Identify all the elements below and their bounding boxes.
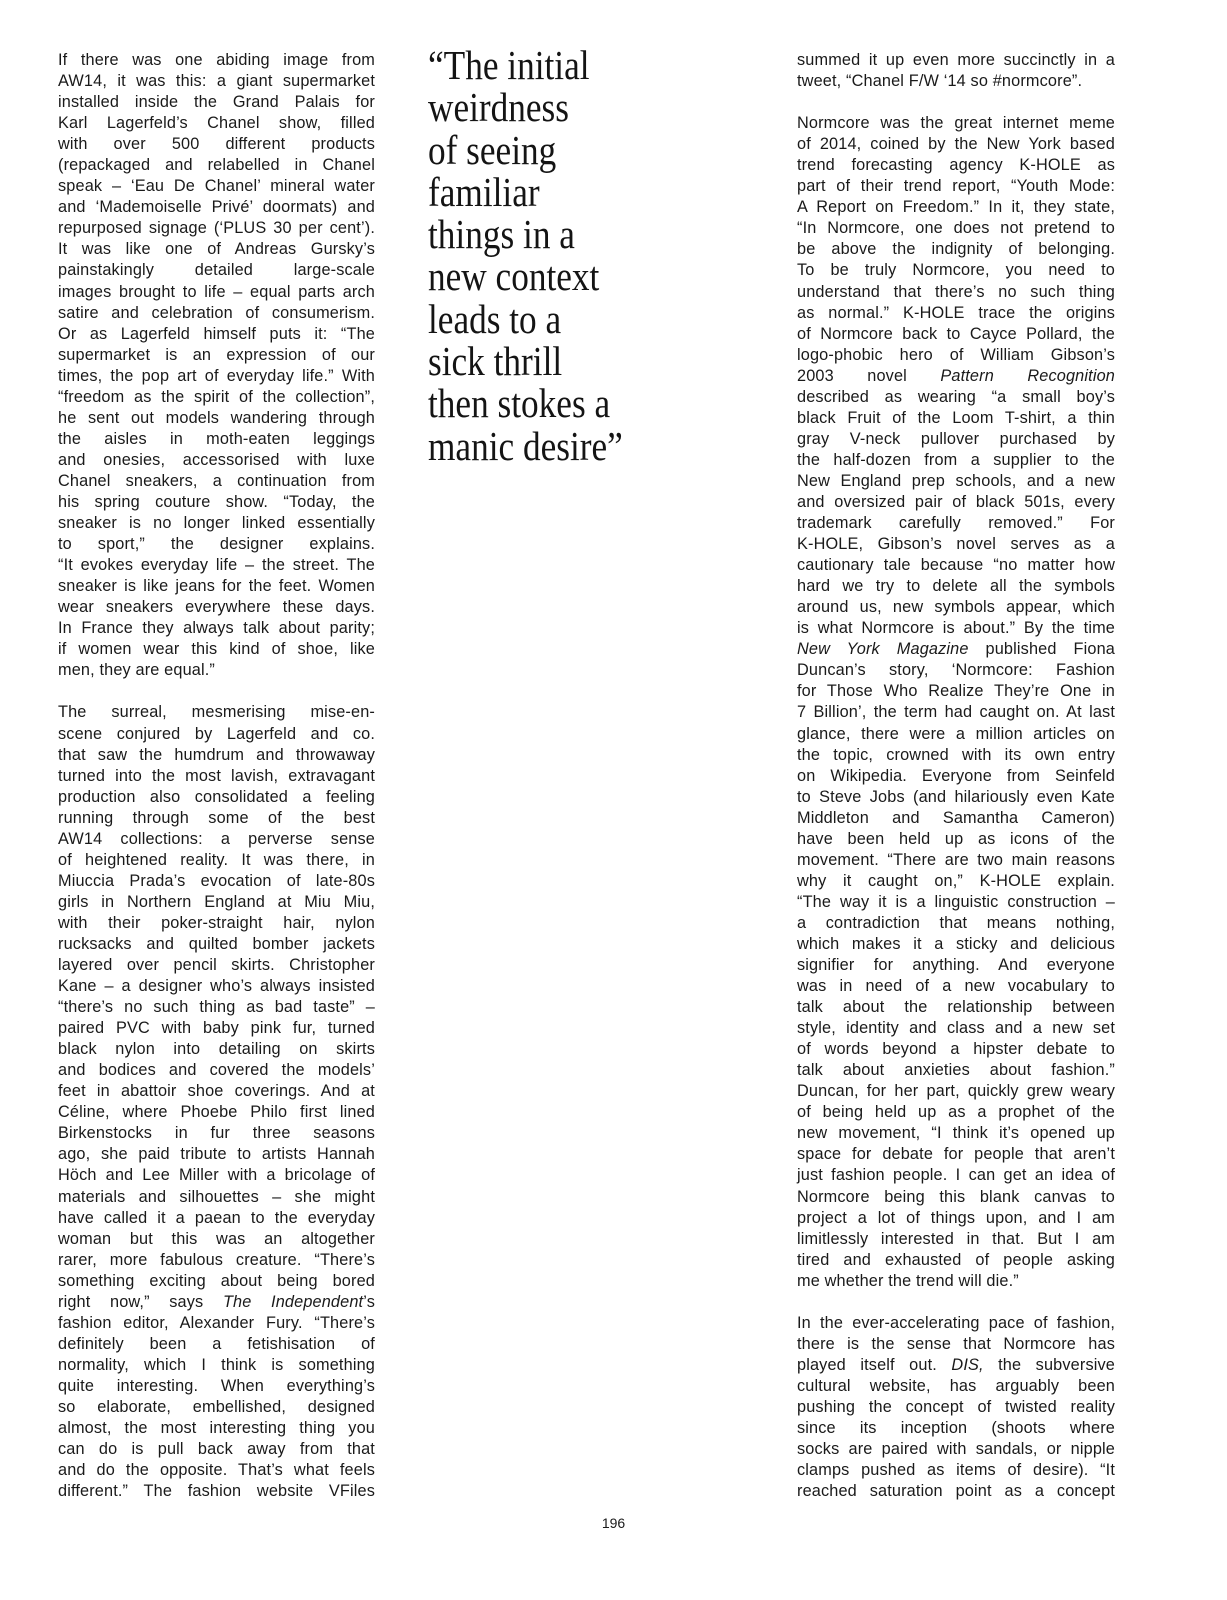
body-text-line: for Those Who Realize They’re One in — [797, 681, 1115, 702]
body-text-line: repurposed signage (‘PLUS 30 per cent’). — [58, 218, 375, 239]
body-text-line: almost, the most interesting thing you — [58, 1418, 375, 1439]
body-text-line: which makes it a sticky and delicious — [797, 934, 1115, 955]
body-text-line: “there’s no such thing as bad taste” – — [58, 997, 375, 1018]
body-text-line: girls in Northern England at Miu Miu, — [58, 892, 375, 913]
body-text-line: of Normcore back to Cayce Pollard, the — [797, 324, 1115, 345]
body-text-line: signifier for anything. And everyone — [797, 955, 1115, 976]
body-text-line: different.” The fashion website VFiles — [58, 1481, 375, 1502]
body-text-line: images brought to life – equal parts arc… — [58, 282, 375, 303]
body-text-line: to sport,” the designer explains. — [58, 534, 375, 555]
body-text-line: tweet, “Chanel F/W ‘14 so #normcore”. — [797, 71, 1115, 92]
body-text-line: played itself out. DIS, the subversive — [797, 1355, 1115, 1376]
paragraph-gap — [797, 1292, 1115, 1313]
body-text-line: supermarket is an expression of our — [58, 345, 375, 366]
body-text-line: To be truly Normcore, you need to — [797, 260, 1115, 281]
body-text-line: right now,” says The Independent’s — [58, 1292, 375, 1313]
body-text-line: if women wear this kind of shoe, like — [58, 639, 375, 660]
body-text-line: of 2014, coined by the New York based — [797, 134, 1115, 155]
body-text-line: just fashion people. I can get an idea o… — [797, 1165, 1115, 1186]
body-text-line: A Report on Freedom.” In it, they state, — [797, 197, 1115, 218]
body-text-line: space for debate for people that aren’t — [797, 1144, 1115, 1165]
body-text-line: be above the indignity of belonging. — [797, 239, 1115, 260]
body-text-line: cautionary tale because “no matter how — [797, 555, 1115, 576]
body-text-line: of being held up as a prophet of the — [797, 1102, 1115, 1123]
body-text-line: on Wikipedia. Everyone from Seinfeld — [797, 766, 1115, 787]
magazine-page: If there was one abiding image fromAW14,… — [0, 0, 1227, 1600]
paragraph-gap — [58, 681, 375, 702]
body-paragraph: Normcore was the great internet memeof 2… — [797, 113, 1115, 1292]
body-text-line: something exciting about being bored — [58, 1271, 375, 1292]
body-text-line: and do the opposite. That’s what feels — [58, 1460, 375, 1481]
body-text-line: and ‘Mademoiselle Privé’ doormats) and — [58, 197, 375, 218]
body-text-line: since its inception (shoots where — [797, 1418, 1115, 1439]
body-text-line: reached saturation point as a concept — [797, 1481, 1115, 1502]
body-text-line: have called it a paean to the everyday — [58, 1208, 375, 1229]
body-text-line: described as wearing “a small boy’s — [797, 387, 1115, 408]
body-text-line: summed it up even more succinctly in a — [797, 50, 1115, 71]
body-text-line: (repackaged and relabelled in Chanel — [58, 155, 375, 176]
body-text-line: there is the sense that Normcore has — [797, 1334, 1115, 1355]
pull-quote-line: leads to a — [428, 298, 634, 340]
body-text-line: installed inside the Grand Palais for — [58, 92, 375, 113]
pull-quote-line: things in a — [428, 213, 634, 255]
body-text-line: around us, new symbols appear, which — [797, 597, 1115, 618]
right-body-column: summed it up even more succinctly in atw… — [797, 50, 1115, 1502]
body-text-line: movement. “There are two main reasons — [797, 850, 1115, 871]
body-text-line: his spring couture show. “Today, the — [58, 492, 375, 513]
body-text-line: men, they are equal.” — [58, 660, 375, 681]
body-text-line: sneaker is no longer linked essentially — [58, 513, 375, 534]
body-text-line: the half-dozen from a supplier to the — [797, 450, 1115, 471]
body-text-line: running through some of the best — [58, 808, 375, 829]
body-text-line: production also consolidated a feeling — [58, 787, 375, 808]
body-text-line: 7 Billion’, the term had caught on. At l… — [797, 702, 1115, 723]
body-text-line: black Fruit of the Loom T-shirt, a thin — [797, 408, 1115, 429]
body-text-line: “It evokes everyday life – the street. T… — [58, 555, 375, 576]
body-text-line: gray V-neck pullover purchased by — [797, 429, 1115, 450]
body-text-line: was in need of a new vocabulary to — [797, 976, 1115, 997]
body-text-line: new movement, “I think it’s opened up — [797, 1123, 1115, 1144]
body-text-line: and oversized pair of black 501s, every — [797, 492, 1115, 513]
pull-quote: “The initialweirdnessof seeingfamiliarth… — [428, 44, 634, 467]
body-text-line: Birkenstocks in fur three seasons — [58, 1123, 375, 1144]
body-text-line: normality, which I think is something — [58, 1355, 375, 1376]
body-text-line: trademark carefully removed.” For — [797, 513, 1115, 534]
body-text-line: Duncan, for her part, quickly grew weary — [797, 1081, 1115, 1102]
body-text-line: If there was one abiding image from — [58, 50, 375, 71]
body-text-line: Normcore being this blank canvas to — [797, 1187, 1115, 1208]
body-text-line: Or as Lagerfeld himself puts it: “The — [58, 324, 375, 345]
body-text-line: Miuccia Prada’s evocation of late-80s — [58, 871, 375, 892]
body-text-line: K-HOLE, Gibson’s novel serves as a — [797, 534, 1115, 555]
body-text-line: wear sneakers everywhere these days. — [58, 597, 375, 618]
body-text-line: ago, she paid tribute to artists Hannah — [58, 1144, 375, 1165]
body-text-line: New England prep schools, and a new — [797, 471, 1115, 492]
body-text-line: talk about the relationship between — [797, 997, 1115, 1018]
body-text-line: trend forecasting agency K-HOLE as — [797, 155, 1115, 176]
body-text-line: Karl Lagerfeld’s Chanel show, filled — [58, 113, 375, 134]
body-text-line: AW14 collections: a perverse sense — [58, 829, 375, 850]
body-text-line: logo-phobic hero of William Gibson’s — [797, 345, 1115, 366]
body-text-line: of heightened reality. It was there, in — [58, 850, 375, 871]
body-text-line: limitlessly interested in that. But I am — [797, 1229, 1115, 1250]
body-text-line: scene conjured by Lagerfeld and co. — [58, 724, 375, 745]
body-text-line: fashion editor, Alexander Fury. “There’s — [58, 1313, 375, 1334]
pull-quote-line: weirdness — [428, 86, 634, 128]
body-text-line: Duncan’s story, ‘Normcore: Fashion — [797, 660, 1115, 681]
body-text-line: he sent out models wandering through — [58, 408, 375, 429]
body-text-line: painstakingly detailed large-scale — [58, 260, 375, 281]
body-text-line: to Steve Jobs (and hilariously even Kate — [797, 787, 1115, 808]
body-text-line: part of their trend report, “Youth Mode: — [797, 176, 1115, 197]
body-text-line: talk about anxieties about fashion.” — [797, 1060, 1115, 1081]
body-text-line: rucksacks and quilted bomber jackets — [58, 934, 375, 955]
body-text-line: style, identity and class and a new set — [797, 1018, 1115, 1039]
pull-quote-line: familiar — [428, 171, 634, 213]
body-text-line: project a lot of things upon, and I am — [797, 1208, 1115, 1229]
pull-quote-line: manic desire” — [428, 425, 634, 467]
body-text-line: sneaker is like jeans for the feet. Wome… — [58, 576, 375, 597]
body-text-line: satire and celebration of consumerism. — [58, 303, 375, 324]
body-text-line: Höch and Lee Miller with a bricolage of — [58, 1165, 375, 1186]
body-text-line: and onesies, accessorised with luxe — [58, 450, 375, 471]
body-text-line: woman but this was an altogether — [58, 1229, 375, 1250]
body-text-line: so elaborate, embellished, designed — [58, 1397, 375, 1418]
body-text-line: socks are paired with sandals, or nipple — [797, 1439, 1115, 1460]
body-text-line: Normcore was the great internet meme — [797, 113, 1115, 134]
body-text-line: layered over pencil skirts. Christopher — [58, 955, 375, 976]
body-text-line: turned into the most lavish, extravagant — [58, 766, 375, 787]
body-text-line: of words beyond a hipster debate to — [797, 1039, 1115, 1060]
body-text-line: that saw the humdrum and throwaway — [58, 745, 375, 766]
body-text-line: hard we try to delete all the symbols — [797, 576, 1115, 597]
body-text-line: and bodices and covered the models’ — [58, 1060, 375, 1081]
body-text-line: It was like one of Andreas Gursky’s — [58, 239, 375, 260]
body-text-line: black nylon into detailing on skirts — [58, 1039, 375, 1060]
body-text-line: me whether the trend will die.” — [797, 1271, 1115, 1292]
body-text-line: times, the pop art of everyday life.” Wi… — [58, 366, 375, 387]
pull-quote-line: then stokes a — [428, 382, 634, 424]
body-text-line: AW14, it was this: a giant supermarket — [58, 71, 375, 92]
body-text-line: In France they always talk about parity; — [58, 618, 375, 639]
body-text-line: the topic, crowned with its own entry — [797, 745, 1115, 766]
body-text-line: understand that there’s no such thing — [797, 282, 1115, 303]
pull-quote-line: of seeing — [428, 129, 634, 171]
body-text-line: The surreal, mesmerising mise-en- — [58, 702, 375, 723]
body-text-line: rarer, more fabulous creature. “There’s — [58, 1250, 375, 1271]
body-text-line: materials and silhouettes – she might — [58, 1187, 375, 1208]
body-text-line: feet in abattoir shoe coverings. And at — [58, 1081, 375, 1102]
body-text-line: “In Normcore, one does not pretend to — [797, 218, 1115, 239]
body-text-line: can do is pull back away from that — [58, 1439, 375, 1460]
body-text-line: pushing the concept of twisted reality — [797, 1397, 1115, 1418]
body-text-line: speak – ‘Eau De Chanel’ mineral water — [58, 176, 375, 197]
body-text-line: “freedom as the spirit of the collection… — [58, 387, 375, 408]
body-text-line: “The way it is a linguistic construction… — [797, 892, 1115, 913]
body-paragraph: summed it up even more succinctly in atw… — [797, 50, 1115, 92]
body-text-line: glance, there were a million articles on — [797, 724, 1115, 745]
body-text-line: clamps pushed as items of desire). “It — [797, 1460, 1115, 1481]
page-number: 196 — [0, 1515, 1227, 1531]
pull-quote-line: new context — [428, 255, 634, 297]
pull-quote-line: sick thrill — [428, 340, 634, 382]
pull-quote-line: “The initial — [428, 44, 634, 86]
body-paragraph: In the ever-accelerating pace of fashion… — [797, 1313, 1115, 1502]
body-text-line: quite interesting. When everything’s — [58, 1376, 375, 1397]
body-text-line: In the ever-accelerating pace of fashion… — [797, 1313, 1115, 1334]
body-text-line: have been held up as icons of the — [797, 829, 1115, 850]
body-text-line: Céline, where Phoebe Philo first lined — [58, 1102, 375, 1123]
body-text-line: Kane – a designer who’s always insisted — [58, 976, 375, 997]
body-text-line: the aisles in moth-eaten leggings — [58, 429, 375, 450]
body-text-line: definitely been a fetishisation of — [58, 1334, 375, 1355]
body-text-line: paired PVC with baby pink fur, turned — [58, 1018, 375, 1039]
body-text-line: 2003 novel Pattern Recognition — [797, 366, 1115, 387]
body-text-line: New York Magazine published Fiona — [797, 639, 1115, 660]
body-text-line: Chanel sneakers, a continuation from — [58, 471, 375, 492]
body-text-line: with over 500 different products — [58, 134, 375, 155]
body-text-line: with their poker-straight hair, nylon — [58, 913, 375, 934]
body-text-line: Middleton and Samantha Cameron) — [797, 808, 1115, 829]
body-text-line: as normal.” K-HOLE trace the origins — [797, 303, 1115, 324]
paragraph-gap — [797, 92, 1115, 113]
body-paragraph: If there was one abiding image fromAW14,… — [58, 50, 375, 681]
body-paragraph: The surreal, mesmerising mise-en-scene c… — [58, 702, 375, 1502]
body-text-line: tired and exhausted of people asking — [797, 1250, 1115, 1271]
body-text-line: is what Normcore is about.” By the time — [797, 618, 1115, 639]
body-text-line: a contradiction that means nothing, — [797, 913, 1115, 934]
body-text-line: why it caught on,” K-HOLE explain. — [797, 871, 1115, 892]
body-text-line: cultural website, has arguably been — [797, 1376, 1115, 1397]
left-body-column: If there was one abiding image fromAW14,… — [58, 50, 375, 1502]
